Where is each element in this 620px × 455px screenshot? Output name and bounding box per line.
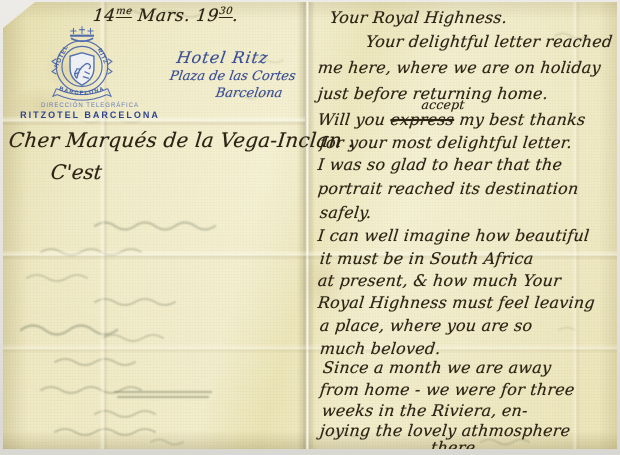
crest-banner-text: BARCELONA [58,86,106,97]
handwriting-line: for your most delightful letter. [319,133,573,152]
handwriting-line: there. [430,438,482,455]
handwriting-line-with-correction: Will you express my best thanks accept [317,110,586,129]
date-month-year: Mars. 19 [131,6,220,26]
letter-left-page: 14me Mars. 1930. [3,2,308,449]
handwriting-line: me here, where we are on holiday [317,58,602,77]
date-day-suffix: me [115,6,133,18]
telegraph-address-label: DIRECCIÓN TELEGRÁFICA [23,103,157,109]
letterhead-city: Barcelona [189,86,309,101]
handwriting-line: Your delightful letter reached [365,32,613,51]
letterhead-hotel-name: Hotel Ritz [130,48,315,67]
letter-salutation: Cher Marqués de la Vega-Inclan . [8,128,356,152]
handwriting-line: a place, where you are so [319,316,533,335]
handwriting-line: Your Royal Highness. [329,8,508,27]
handwriting-line: I can well imagine how beautiful [317,226,590,245]
handwriting-line: at present, & how much Your [317,271,562,290]
letter-right-page: Your Royal Highness. Your delightful let… [308,2,617,449]
handwriting-line: Royal Highness must feel leaving [317,293,596,312]
struck-out-word: express [389,110,455,129]
date-period: . [231,6,239,26]
handwriting-line: much beloved. [319,339,442,358]
telegraph-address-name: RITZOTEL BARCELONA [17,110,163,120]
inserted-word: accept [421,97,466,112]
handwriting-line: Since a month we are away [322,358,552,377]
hotel-letterhead: Hotel Ritz Plaza de las Cortes Barcelona [125,48,315,101]
letter-opening-word: C'est [50,160,103,184]
letterhead-street: Plaza de las Cortes [153,69,311,84]
handwriting-line: safely. [319,203,373,222]
handwriting-line: weeks in the Riviera, en- [321,401,529,420]
correction-prefix: Will you [317,110,391,129]
handwriting-line: portrait reached its destination [317,179,580,198]
handwriting-line: I was so glad to hear that the [317,155,563,174]
hotel-ritz-crest-icon: HOTEL RITZ BARCELONA [37,22,127,104]
date-year-superscript: 30 [219,6,234,18]
letter-scan: 14me Mars. 1930. [3,2,617,449]
handwriting-line: it must be in South Africa [319,249,535,268]
crest-ribbon-right-text: RITZ [96,48,109,66]
handwriting-line: from home - we were for three [319,380,576,399]
correction-suffix: my best thanks [453,110,586,129]
